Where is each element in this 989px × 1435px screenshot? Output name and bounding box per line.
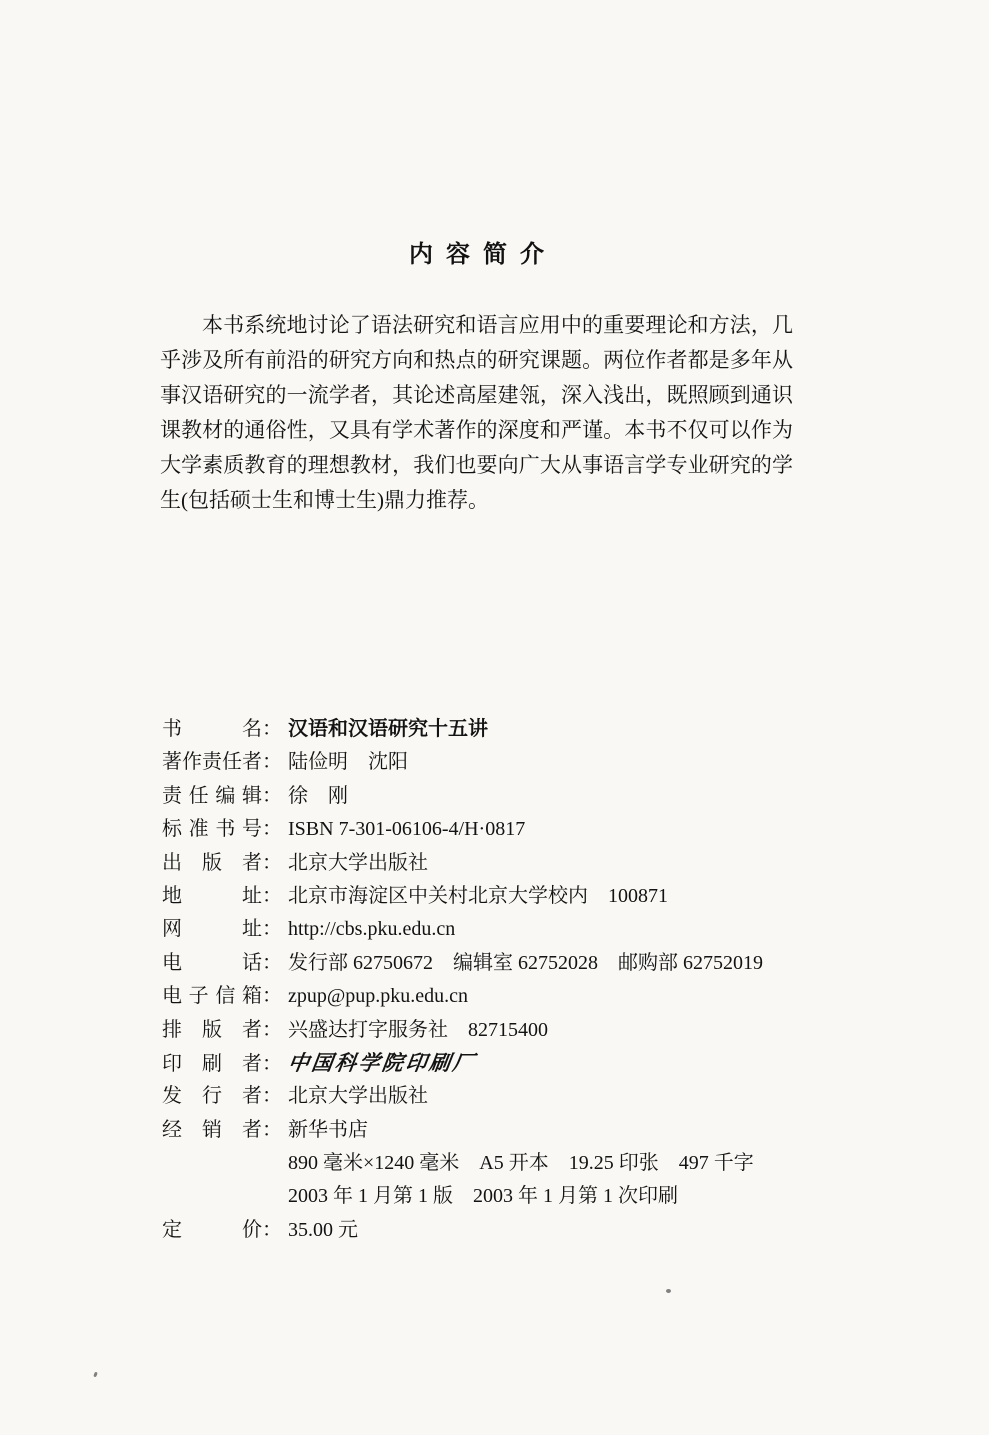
colophon-label: 地址 — [162, 880, 262, 913]
colophon-colon: ： — [262, 980, 282, 1013]
colophon-label: 责任编辑 — [162, 780, 262, 813]
colophon-row: ：2003 年 1 月第 1 版 2003 年 1 月第 1 次印刷 — [162, 1180, 862, 1213]
colophon-label: 印刷者 — [162, 1048, 262, 1081]
colophon-label: 经销者 — [162, 1114, 262, 1147]
colophon-row: 书名：汉语和汉语研究十五讲 — [162, 713, 862, 746]
colophon-label: 发行者 — [162, 1080, 262, 1113]
colophon-colon: ： — [262, 713, 282, 746]
colophon-row: 排版者：兴盛达打字服务社 82715400 — [162, 1014, 862, 1047]
colophon-value: 北京大学出版社 — [288, 847, 428, 880]
colophon-row: 电话：发行部 62750672 编辑室 62752028 邮购部 6275201… — [162, 947, 862, 980]
colophon-colon: ： — [262, 847, 282, 880]
scan-artifact-dot — [93, 1372, 98, 1378]
colophon-row: 责任编辑：徐 刚 — [162, 780, 862, 813]
colophon-row: 印刷者：中国科学院印刷厂 — [162, 1047, 862, 1080]
scan-artifact-dot — [666, 1289, 671, 1293]
section-title: 内容简介 — [160, 234, 793, 269]
colophon-colon: ： — [262, 1014, 282, 1047]
colophon-value: zpup@pup.pku.edu.cn — [288, 980, 468, 1013]
colophon-row: 著作责任者：陆俭明 沈阳 — [162, 746, 862, 779]
colophon-row: 电子信箱：zpup@pup.pku.edu.cn — [162, 980, 862, 1013]
summary-paragraph: 本书系统地讨论了语法研究和语言应用中的重要理论和方法，几乎涉及所有前沿的研究方向… — [160, 308, 793, 518]
colophon-colon: ： — [262, 880, 282, 913]
colophon-colon: ： — [262, 813, 282, 846]
colophon-value: http://cbs.pku.edu.cn — [288, 913, 455, 946]
colophon-label: 标准书号 — [162, 813, 262, 846]
colophon-label: 电话 — [162, 947, 262, 980]
colophon-value: 2003 年 1 月第 1 版 2003 年 1 月第 1 次印刷 — [288, 1180, 678, 1213]
book-copyright-page: 内容简介 本书系统地讨论了语法研究和语言应用中的重要理论和方法，几乎涉及所有前沿… — [0, 0, 989, 1435]
colophon-value: 徐 刚 — [288, 780, 348, 813]
colophon-row: 标准书号：ISBN 7-301-06106-4/H·0817 — [162, 813, 862, 846]
colophon-row: 网址：http://cbs.pku.edu.cn — [162, 913, 862, 946]
colophon-colon: ： — [262, 780, 282, 813]
colophon-row: ：890 毫米×1240 毫米 A5 开本 19.25 印张 497 千字 — [162, 1147, 862, 1180]
colophon-value: 890 毫米×1240 毫米 A5 开本 19.25 印张 497 千字 — [288, 1147, 754, 1180]
colophon-value: 兴盛达打字服务社 82715400 — [288, 1014, 548, 1047]
colophon-label: 出版者 — [162, 847, 262, 880]
colophon-colon: ： — [262, 947, 282, 980]
colophon-value: 发行部 62750672 编辑室 62752028 邮购部 62752019 — [288, 947, 763, 980]
colophon-colon: ： — [262, 1080, 282, 1113]
colophon-colon: ： — [262, 1114, 282, 1147]
colophon-colon: ： — [262, 1048, 282, 1081]
colophon-value: 北京市海淀区中关村北京大学校内 100871 — [288, 880, 668, 913]
colophon-colon: ： — [262, 746, 282, 779]
colophon-label: 定价 — [162, 1214, 262, 1247]
colophon-value: 35.00 元 — [288, 1214, 358, 1247]
colophon-value: 陆俭明 沈阳 — [288, 746, 408, 779]
colophon-row: 定价：35.00 元 — [162, 1214, 862, 1247]
colophon-row: 经销者：新华书店 — [162, 1114, 862, 1147]
colophon-row: 发行者：北京大学出版社 — [162, 1080, 862, 1113]
colophon-colon: ： — [262, 1214, 282, 1247]
colophon: 书名：汉语和汉语研究十五讲 著作责任者：陆俭明 沈阳 责任编辑：徐 刚 标准书号… — [162, 713, 862, 1247]
colophon-value: 汉语和汉语研究十五讲 — [288, 713, 488, 746]
colophon-row: 出版者：北京大学出版社 — [162, 847, 862, 880]
colophon-label: 网址 — [162, 913, 262, 946]
colophon-row: 地址：北京市海淀区中关村北京大学校内 100871 — [162, 880, 862, 913]
colophon-value: 中国科学院印刷厂 — [286, 1047, 479, 1080]
colophon-colon: ： — [262, 913, 282, 946]
colophon-value: 新华书店 — [288, 1114, 368, 1147]
colophon-label: 排版者 — [162, 1014, 262, 1047]
colophon-label: 著作责任者 — [162, 746, 262, 779]
colophon-label: 书名 — [162, 713, 262, 746]
colophon-value: 北京大学出版社 — [288, 1080, 428, 1113]
colophon-label: 电子信箱 — [162, 980, 262, 1013]
colophon-value: ISBN 7-301-06106-4/H·0817 — [288, 813, 525, 846]
